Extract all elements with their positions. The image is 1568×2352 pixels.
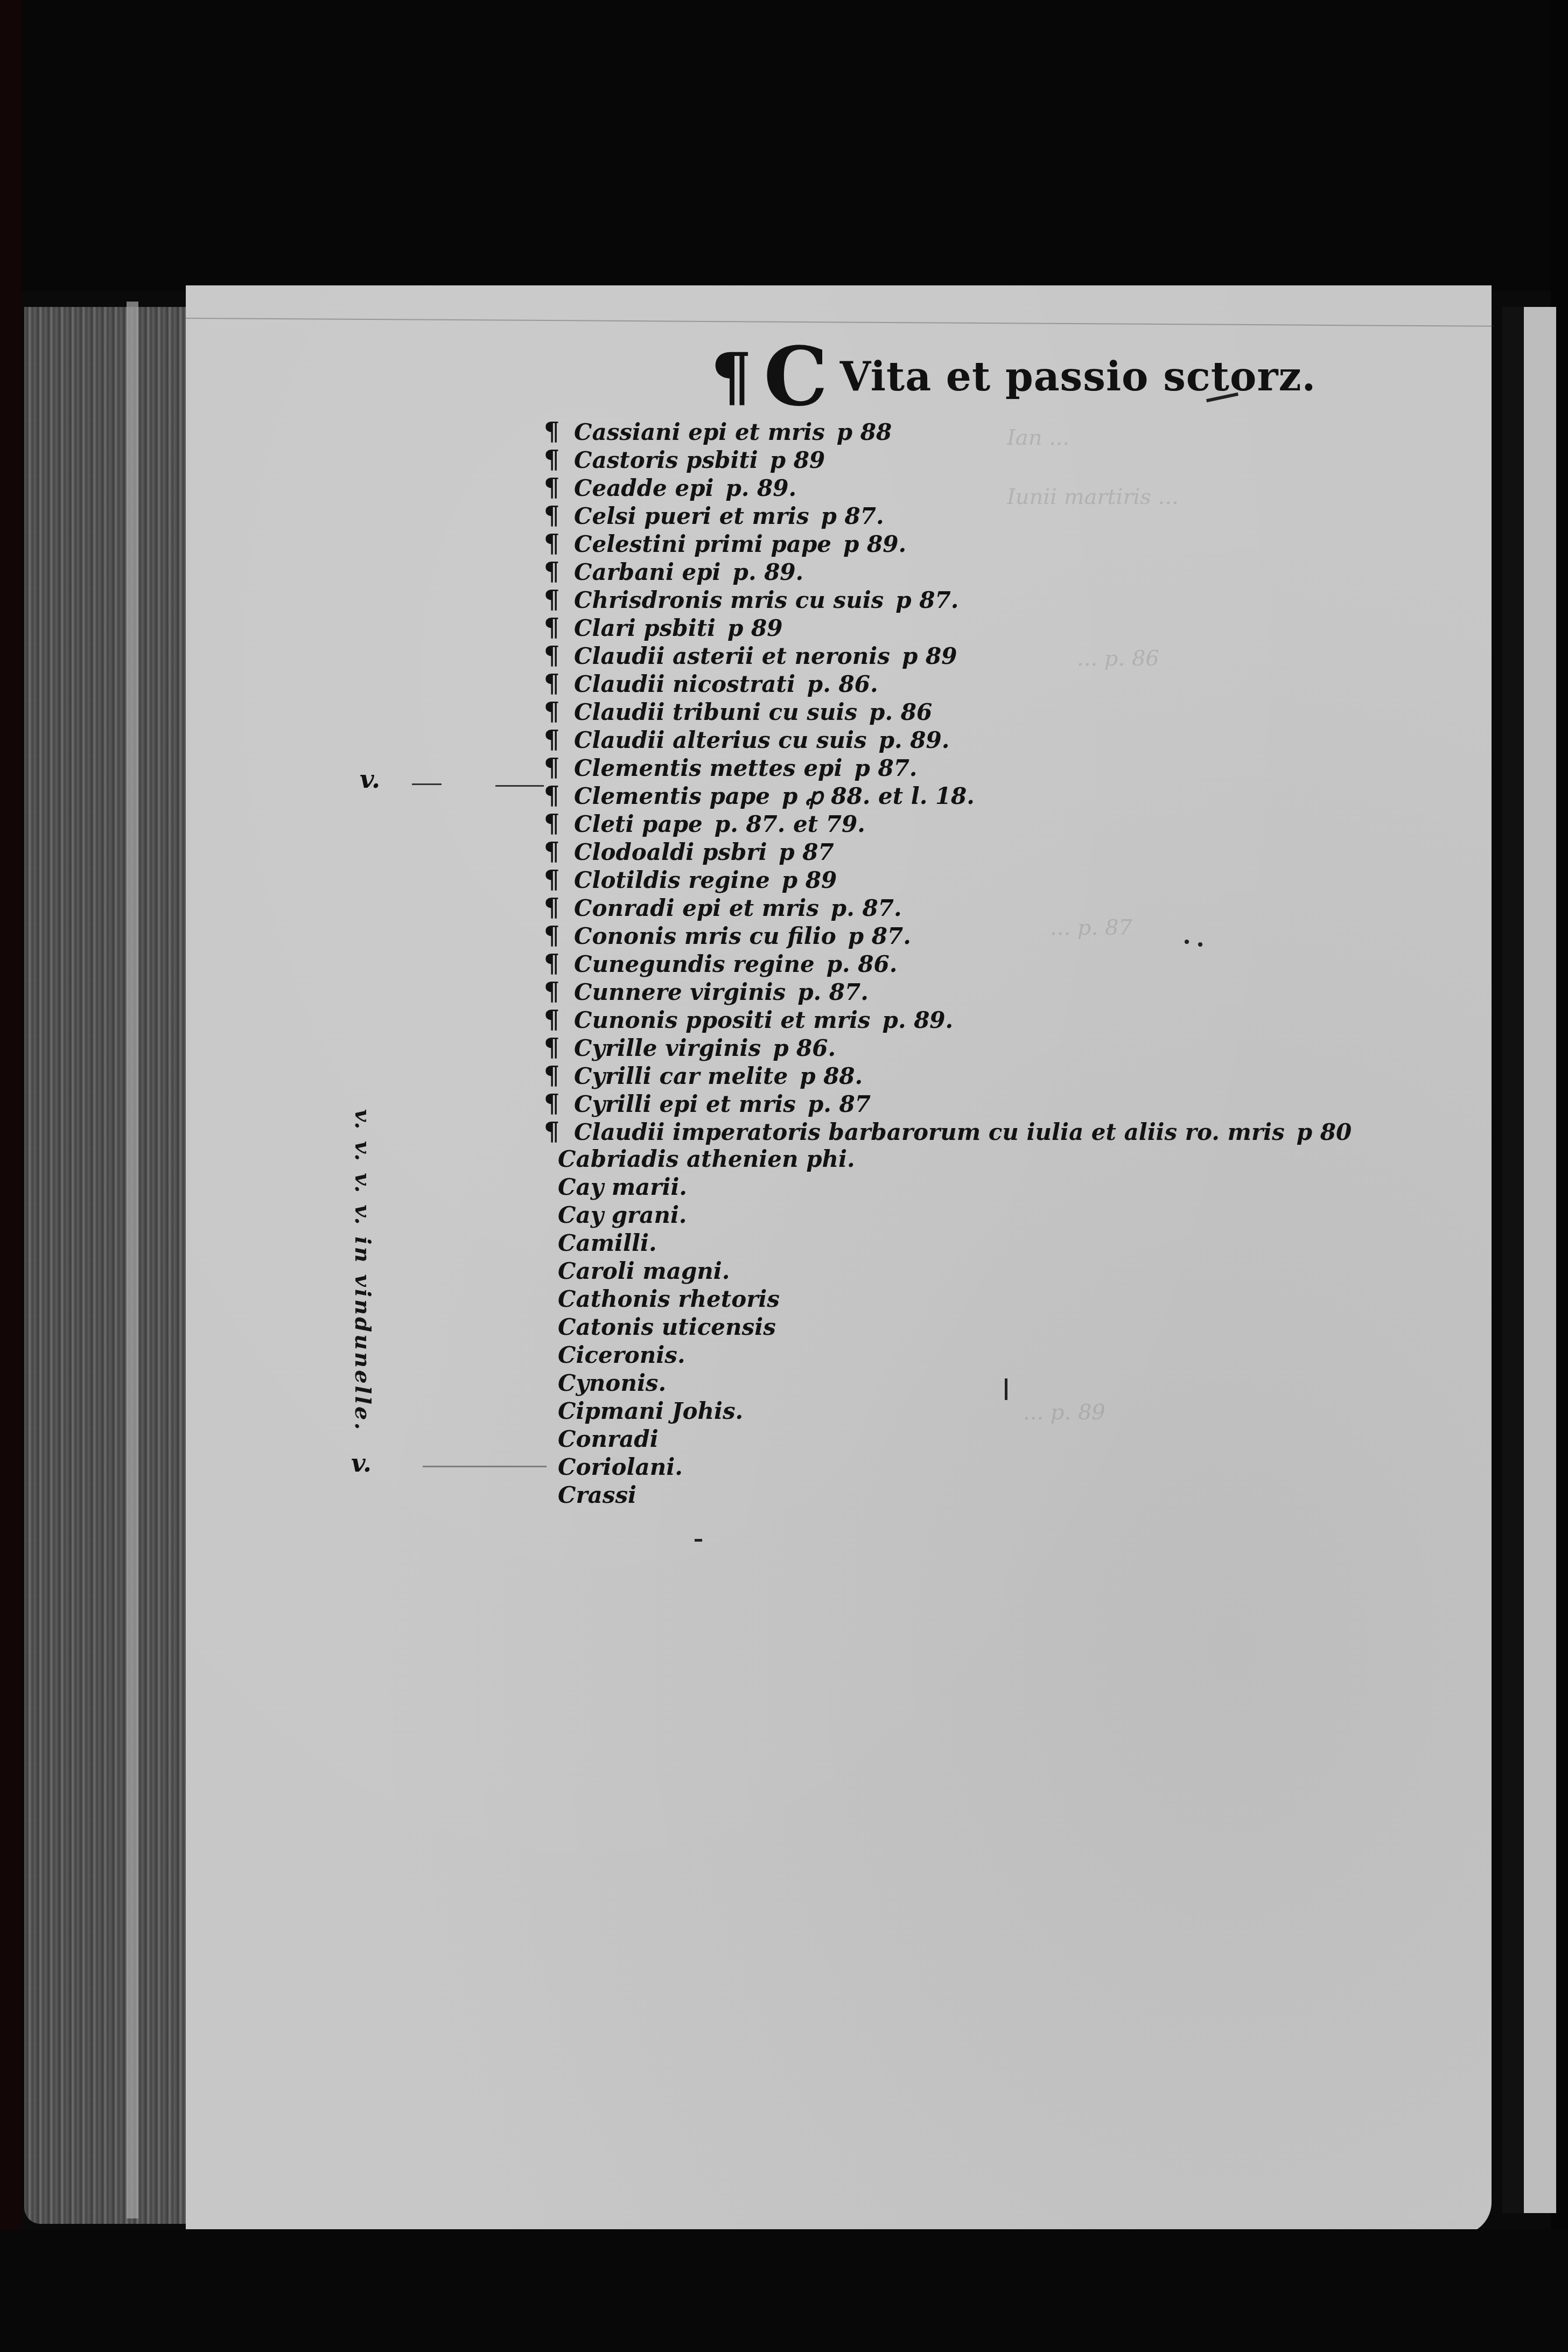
margin-note-vertical: v. v. v. v. in vindunelle.: [350, 1109, 375, 1432]
index-entry: ¶Cassiani epi et mrisp 88: [544, 417, 1405, 445]
index-entry: ¶Cunegundis reginep. 86.: [544, 949, 1405, 977]
index-entry: ¶Conradi epi et mrisp. 87.: [544, 893, 1405, 921]
index-entry-plain: Catonis uticensis: [544, 1313, 1405, 1341]
index-entry: ¶Claudii alterius cu suisp. 89.: [544, 725, 1405, 753]
index-entry: ¶Cyrilli epi et mrisp. 87: [544, 1089, 1405, 1117]
index-entry: ¶Ceadde epip. 89.: [544, 473, 1405, 501]
margin-note-v: v.: [351, 1448, 372, 1478]
section-heading: ¶ C Vita et passio sctorz.: [711, 339, 1316, 415]
index-entry-plain: Cynonis.: [544, 1369, 1405, 1397]
index-entry: ¶Claudii imperatoris barbarorum cu iulia…: [544, 1117, 1405, 1145]
index-entry: ¶Castoris psbitip 89: [544, 445, 1405, 473]
ink-stroke: [1005, 1378, 1007, 1400]
index-entry: ¶Claudii tribuni cu suisp. 86: [544, 697, 1405, 725]
index-entry: ¶Clari psbitip 89: [544, 613, 1405, 641]
saints-index-list: ¶Cassiani epi et mrisp 88 ¶Castoris psbi…: [544, 417, 1405, 1509]
index-entry-plain: Ciceronis.: [544, 1341, 1405, 1369]
index-entry: ¶Celsi pueri et mrisp 87.: [544, 501, 1405, 529]
index-entry: ¶Cleti papep. 87. et 79.: [544, 809, 1405, 837]
initial-letter: C: [764, 337, 828, 417]
index-entry: ¶Clotildis reginep 89: [544, 865, 1405, 893]
index-entry-plain: Cay grani.: [544, 1201, 1405, 1229]
index-entry-plain: Cipmani Johis.: [544, 1397, 1405, 1425]
index-entry: ¶Cunonis ppositi et mrisp. 89.: [544, 1005, 1405, 1033]
index-entry: ¶Clementis papep ꝓ 88. et l. 18.: [544, 781, 1405, 809]
photo-background-left: [0, 0, 22, 2352]
index-entry: ¶Cyrilli car melitep 88.: [544, 1061, 1405, 1089]
index-entry: ¶Cononis mris cu filiop 87.: [544, 921, 1405, 949]
margin-dash: [423, 1466, 547, 1467]
index-entry-plain: Camilli.: [544, 1229, 1405, 1257]
index-entry: ¶Claudii nicostratip. 86.: [544, 669, 1405, 697]
pilcrow-mark: ¶: [711, 345, 752, 409]
book-gutter: [1502, 307, 1524, 2213]
facing-page-edge: [1524, 307, 1556, 2213]
index-entry-plain: Cathonis rhetoris: [544, 1285, 1405, 1313]
margin-dash: [412, 783, 442, 785]
margin-dash: [495, 785, 544, 787]
index-entry-plain: Caroli magni.: [544, 1257, 1405, 1285]
index-entry-plain: Crassi: [544, 1481, 1405, 1509]
index-entry-plain: Conradi: [544, 1425, 1405, 1453]
heading-title: Vita et passio sctorz.: [840, 354, 1316, 400]
index-entry: ¶Clodoaldi psbrip 87: [544, 837, 1405, 865]
photo-background-top: [0, 0, 1568, 291]
index-entry: ¶Carbani epip. 89.: [544, 557, 1405, 585]
index-entry: ¶Celestini primi papep 89.: [544, 529, 1405, 557]
index-entry: ¶Cunnere virginisp. 87.: [544, 977, 1405, 1005]
photo-background-bottom: [0, 2229, 1568, 2352]
index-entry: ¶Chrisdronis mris cu suisp 87.: [544, 585, 1405, 613]
index-entry: ¶Claudii asterii et neronisp 89: [544, 641, 1405, 669]
index-entry: ¶Cyrille virginisp 86.: [544, 1033, 1405, 1061]
book-fore-edge-highlight: [127, 302, 138, 2218]
margin-note-v: v.: [360, 765, 380, 794]
index-entry-plain: Cabriadis athenien phi.: [544, 1145, 1405, 1173]
ink-stroke: [695, 1539, 702, 1542]
index-entry-plain: Coriolani.: [544, 1453, 1405, 1481]
ink-speck: [1198, 942, 1202, 947]
index-entry-plain: Cay marii.: [544, 1173, 1405, 1201]
book-fore-edge: [24, 307, 186, 2224]
index-entry: ¶Clementis mettes epip 87.: [544, 753, 1405, 781]
ink-speck: [1185, 940, 1189, 944]
